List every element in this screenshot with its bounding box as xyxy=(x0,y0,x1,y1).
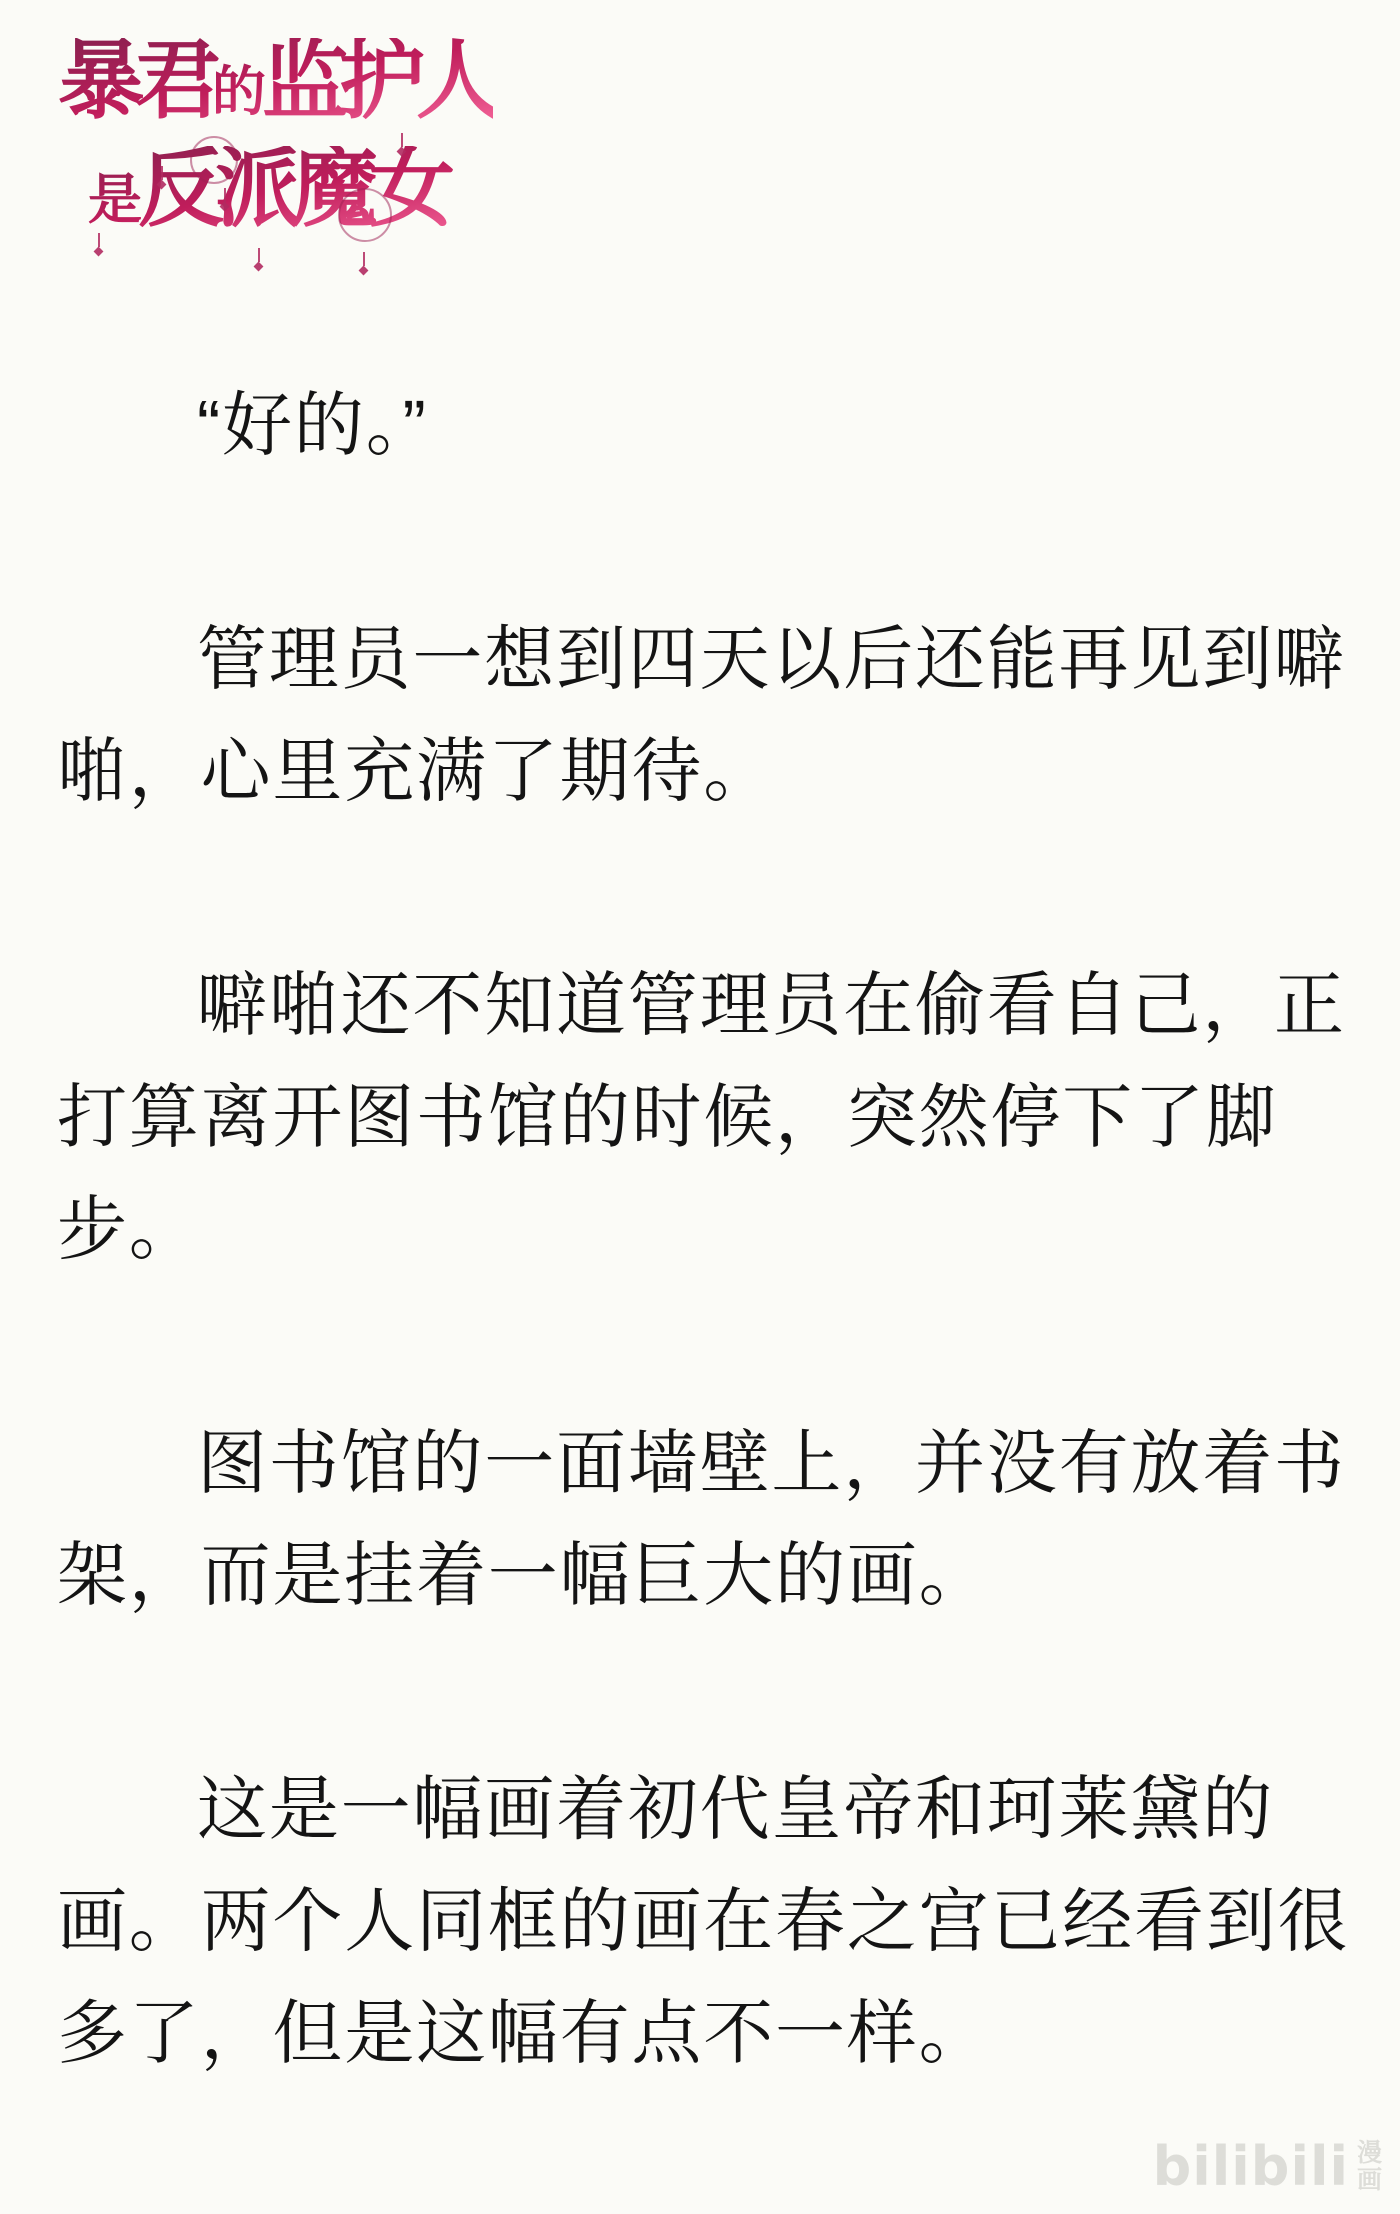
logo-title-line1: 暴君的监护人 xyxy=(58,38,493,124)
logo-jewel-ornament xyxy=(255,248,263,274)
paragraph: 管理员一想到四天以后还能再见到噼啪，心里充满了期待。 xyxy=(57,603,1353,827)
logo-jewel-ornament xyxy=(221,188,229,214)
logo-jewel-ornament xyxy=(360,252,368,278)
bilibili-logo: bilibili xyxy=(1153,2135,1349,2198)
logo-jewel-ornament xyxy=(95,233,103,259)
logo-title-part: 是 xyxy=(88,170,138,230)
paragraph: 图书馆的一面墙壁上，并没有放着书架，而是挂着一幅巨大的画。 xyxy=(57,1407,1353,1631)
series-logo: 暴君的监护人 是反派魔女 xyxy=(58,38,493,232)
logo-title-line2: 是反派魔女 xyxy=(88,146,493,232)
logo-jewel-ornament xyxy=(158,166,166,192)
manga-label-char: 画 xyxy=(1357,2167,1382,2194)
bilibili-watermark: bilibili 漫画 xyxy=(1153,2135,1382,2198)
paragraph: 噼啪还不知道管理员在偷看自己，正打算离开图书馆的时候，突然停下了脚步。 xyxy=(57,949,1353,1285)
logo-title-part: 暴君 xyxy=(58,33,212,129)
paragraph: “好的。” xyxy=(57,369,1353,481)
manga-label-char: 漫 xyxy=(1357,2140,1382,2167)
logo-title-part: 的 xyxy=(212,62,262,122)
novel-page-text[interactable]: “好的。” 管理员一想到四天以后还能再见到噼啪，心里充满了期待。 噼啪还不知道管… xyxy=(57,369,1353,2211)
logo-title-part: 监护人 xyxy=(262,33,493,129)
logo-circle-decoration xyxy=(338,188,392,242)
manga-label: 漫画 xyxy=(1357,2140,1382,2194)
logo-circle-decoration xyxy=(190,136,238,184)
logo-jewel-ornament xyxy=(398,133,406,159)
paragraph: 这是一幅画着初代皇帝和珂莱黛的画。两个人同框的画在春之宫已经看到很多了，但是这幅… xyxy=(57,1753,1353,2089)
